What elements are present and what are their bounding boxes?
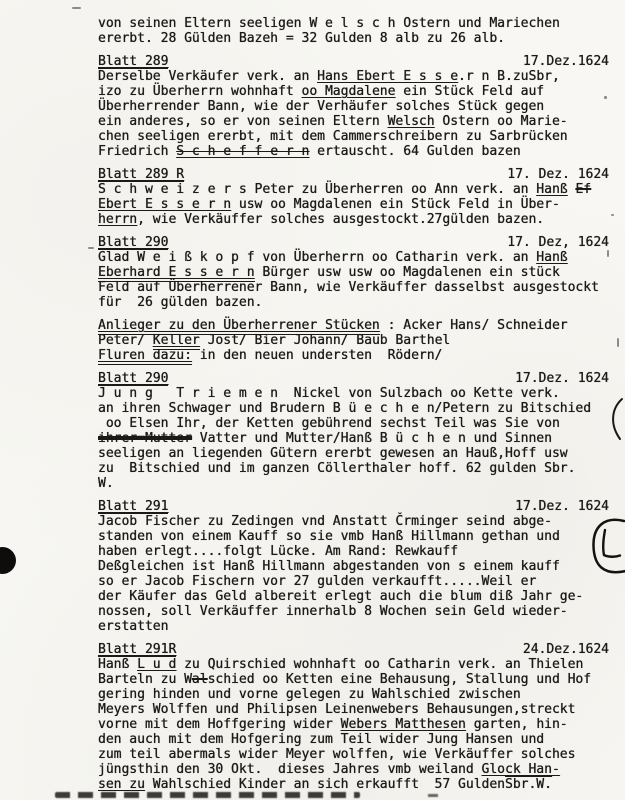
typed-segment: seeligen an liegenden Gütern ererbt gewe… xyxy=(98,446,568,461)
pencil-curve xyxy=(606,396,625,442)
typed-segment: Meyers Wolffen und Philipsen Leinenweber… xyxy=(98,702,575,717)
typed-segment: den auch mit dem Hofgering zum Teil wide… xyxy=(98,732,544,747)
typed-segment: J u n g T r i e m e n Nickel von Sulzbac… xyxy=(98,386,560,401)
blatt-label: Blatt 291 xyxy=(98,499,168,514)
typed-line: Derselbe Verkäufer verk. an Hans Ebert E… xyxy=(98,69,625,84)
entry-heading: Blatt 289 R17. Dez. 1624 xyxy=(98,167,625,182)
entry-date: 17. Dez. 1624 xyxy=(507,167,609,182)
typed-segment: Wahlschied Kinder an sich erkaufft 57 Gu… xyxy=(145,777,505,792)
typed-segment: Jacob Fischer zu Zedingen vnd Anstatt Čr… xyxy=(98,514,552,529)
blatt-label: Blatt 291R xyxy=(98,642,176,657)
typed-segment: chen seeligen ererbt, mit dem Cammerschr… xyxy=(98,129,568,144)
typed-segment-x: al xyxy=(192,672,208,687)
typed-segment-ux: S c h e f f e r n xyxy=(176,144,309,159)
typed-segment-u: L u d xyxy=(137,657,176,672)
typed-line: W. xyxy=(98,476,625,491)
typed-segment-u: Glock Han- xyxy=(482,762,560,777)
typed-line: Ebert E s s e r n usw oo Magdalenen ein … xyxy=(98,197,625,212)
typed-line: seeligen an liegenden Gütern ererbt gewe… xyxy=(98,446,625,461)
typed-segment: Hanß xyxy=(98,657,137,672)
typed-segment: .r n B.zuSbr, xyxy=(458,69,560,84)
blatt-label: Blatt 290 xyxy=(98,371,168,386)
typed-line: nossen, soll Verkäuffer innerhalb 8 Woch… xyxy=(98,604,625,619)
typed-line: erstatten xyxy=(98,619,625,634)
typed-line: an ihren Schwager und Brudern B ü e c h … xyxy=(98,401,625,416)
typed-segment: nossen, soll Verkäuffer innerhalb 8 Woch… xyxy=(98,604,568,619)
typed-segment: erstatten xyxy=(98,619,168,634)
typed-segment: Derselbe Verkäufer verk. an xyxy=(98,69,317,84)
typed-segment-u: Hanß xyxy=(536,182,567,197)
typed-line: von seinen Eltern seeligen W e l s c h O… xyxy=(98,16,625,31)
typed-line: haben erlegt....folgt Lücke. Am Rand: Re… xyxy=(98,544,625,559)
typed-segment-x: Ef xyxy=(575,182,591,197)
typed-line: Deßgleichen ist Hanß Hillmann abgestande… xyxy=(98,559,625,574)
scan-speck xyxy=(88,247,94,249)
record-entry: Blatt 289 R17. Dez. 1624S c h w e i z e … xyxy=(98,167,625,227)
typed-segment-xb: ihrer=Mutter xyxy=(98,431,192,446)
typed-line: Überherrender Bann, wie der Verhäufer so… xyxy=(98,99,625,114)
typed-line: zu Bitschied und im ganzen Cöllerthaler … xyxy=(98,461,625,476)
entry-date: 17.Dez.1624 xyxy=(523,54,609,69)
typed-segment-u: Hans Ebert E s s e xyxy=(317,69,458,84)
typed-line: oo Elsen Ihr, der Ketten gebührend sechs… xyxy=(98,416,625,431)
typed-segment: ertauscht. 64 Gulden bazen xyxy=(309,144,520,159)
typed-line: Friedrich S c h e f f e r n ertauscht. 6… xyxy=(98,144,625,159)
typed-line: standen von einem Kauff so sie vmb Hanß … xyxy=(98,529,625,544)
typed-segment: ein anderes, so er von seinen Eltern xyxy=(98,114,388,129)
typed-line: zum teil abermals wider Meyer wolffen, w… xyxy=(98,747,625,762)
typed-segment-u: Webers Matthesen xyxy=(341,717,466,732)
typed-line: Eberhard E s s e r n Bürger usw usw oo M… xyxy=(98,265,625,280)
entry-heading: Blatt 29117.Dez. 1624 xyxy=(98,499,625,514)
typed-segment-ol: Sbr.W. xyxy=(505,777,552,792)
typed-line: jüngsthin den 30 Okt. dieses Jahres vmb … xyxy=(98,762,625,777)
typed-segment: Friedrich xyxy=(98,144,176,159)
typed-segment: garten, hin- xyxy=(466,717,568,732)
typed-segment: , wie Verkäuffer solches ausgestockt.27g… xyxy=(137,212,544,227)
typed-segment: zum teil abermals wider Meyer wolffen, w… xyxy=(98,747,575,762)
typed-segment: Jost/ Bier Johann/ Baub Barthel xyxy=(200,333,450,348)
typed-line: izo zu Überherrn wohnhaft oo Magdalene e… xyxy=(98,84,625,99)
typed-segment: Ostern oo Marie- xyxy=(435,114,568,129)
typed-segment: jüngsthin den 30 Okt. dieses Jahres vmb … xyxy=(98,762,482,777)
record-entry: Blatt 29017.Dez. 1624J u n g T r i e m e… xyxy=(98,371,625,491)
typed-segment: zu Quirschied wohnhaft oo Catharin verk.… xyxy=(176,657,583,672)
typed-line: Fluren dazu: in den neuen understen Röde… xyxy=(98,348,625,363)
entry-heading: Blatt 28917.Dez.1624 xyxy=(98,54,625,69)
typed-segment: an ihren Schwager und Brudern B ü e c h … xyxy=(98,401,591,416)
entry-date: 17.Dez. 1624 xyxy=(515,371,609,386)
entry-date: 24.Dez.1624 xyxy=(523,642,609,657)
scan-speck xyxy=(617,338,619,347)
typed-segment: izo zu Überherrn wohnhaft xyxy=(98,84,302,99)
typed-line: Jacob Fischer zu Zedingen vnd Anstatt Čr… xyxy=(98,514,625,529)
typed-line: Meyers Wolffen und Philipsen Leinenweber… xyxy=(98,702,625,717)
typed-segment: Barteln zu W xyxy=(98,672,192,687)
typed-line: J u n g T r i e m e n Nickel von Sulzbac… xyxy=(98,386,625,401)
typed-segment: : Acker Hans/ Schneider xyxy=(380,318,568,333)
typed-segment: oo Elsen Ihr, der Ketten gebührend sechs… xyxy=(98,416,560,431)
scan-speck xyxy=(72,7,81,9)
typed-line: herrn, wie Verkäuffer solches ausgestock… xyxy=(98,212,625,227)
typed-line: Glad W e i ß k o p f von Überherrn oo Ca… xyxy=(98,250,625,265)
typed-segment-u: Hanß xyxy=(536,250,567,265)
typed-segment: für 26 gülden bazen. xyxy=(98,295,262,310)
typed-line: chen seeligen ererbt, mit dem Cammerschr… xyxy=(98,129,625,144)
typed-segment: so er Jacob Fischern vor 27 gulden verka… xyxy=(98,574,536,589)
typed-line: für 26 gülden bazen. xyxy=(98,295,625,310)
typed-segment: der Käufer das Geld albereit erlegt auch… xyxy=(98,589,583,604)
typed-segment: gering hinden und vorne gelegen zu Wahls… xyxy=(98,687,521,702)
scanned-document: { "page": { "kind": "typewritten archiva… xyxy=(0,0,625,800)
typed-segment-u: Ebert E s s e r n xyxy=(98,197,231,212)
record-entry: Blatt 29017. Dez, 1624Glad W e i ß k o p… xyxy=(98,235,625,310)
typed-line: der Käufer das Geld albereit erlegt auch… xyxy=(98,589,625,604)
typed-line: Peter/ Keller Jost/ Bier Johann/ Baub Ba… xyxy=(98,333,625,348)
document-page: von seinen Eltern seeligen W e l s c h O… xyxy=(0,0,625,800)
typed-line: vorne mit dem Hoffgering wider Webers Ma… xyxy=(98,717,625,732)
entry-heading: Blatt 29017. Dez, 1624 xyxy=(98,235,625,250)
paragraph: von seinen Eltern seeligen W e l s c h O… xyxy=(98,16,625,46)
typed-line: ein anderes, so er von seinen Eltern Wel… xyxy=(98,114,625,129)
typed-segment: Feld auf Überherrener Bann, wie Verkäuff… xyxy=(98,280,599,295)
typed-segment: in den neuen understen Rödern/ xyxy=(192,348,442,363)
circled-letter-mark xyxy=(588,514,625,580)
typed-line: ihrer=Mutter Vatter und Mutter/Hanß B ü … xyxy=(98,431,625,446)
record-entry: Blatt 28917.Dez.1624Derselbe Verkäufer v… xyxy=(98,54,625,159)
blatt-label: Blatt 289 xyxy=(98,54,168,69)
entry-date: 17.Dez. 1624 xyxy=(515,499,609,514)
entry-heading: Blatt 291R24.Dez.1624 xyxy=(98,642,625,657)
typed-line: gering hinden und vorne gelegen zu Wahls… xyxy=(98,687,625,702)
blatt-label: Blatt 290 xyxy=(98,235,168,250)
typed-segment: Vatter und Mutter/Hanß B ü c h e n und S… xyxy=(192,431,552,446)
blatt-label: Blatt 289 R xyxy=(98,167,184,182)
typed-segment: Bürger usw usw oo Magdalenen ein stück xyxy=(255,265,560,280)
typed-line: Barteln zu Walschied oo Ketten eine Beha… xyxy=(98,672,625,687)
typed-segment: schied oo Ketten eine Behausung, Stallun… xyxy=(208,672,592,687)
bottom-smudge xyxy=(55,792,360,798)
scan-speck xyxy=(611,214,614,216)
typed-segment: haben erlegt....folgt Lücke. Am Rand: Re… xyxy=(98,544,458,559)
typed-segment: S c h w e i z e r s Peter zu Überherren … xyxy=(98,182,536,197)
typed-segment: Peter/ xyxy=(98,333,153,348)
typed-segment-u2: Fluren dazu: xyxy=(98,348,192,365)
typed-segment-u: oo Magdalene xyxy=(302,84,396,99)
typed-segment: ererbt. 28 Gülden Bazeh = 32 Gulden 8 al… xyxy=(98,31,505,46)
typed-line: Feld auf Überherrener Bann, wie Verkäuff… xyxy=(98,280,625,295)
typed-line: Anlieger zu den Überherrener Stücken : A… xyxy=(98,318,625,333)
typed-segment: von seinen Eltern seeligen W e l s c h O… xyxy=(98,16,560,31)
typed-segment: Glad W e i ß k o p f von Überherrn oo Ca… xyxy=(98,250,536,265)
typed-segment: ein Stück Feld auf xyxy=(395,84,544,99)
typed-segment-u: herrn xyxy=(98,212,137,227)
entry-date: 17. Dez, 1624 xyxy=(507,235,609,250)
typed-line: S c h w e i z e r s Peter zu Überherren … xyxy=(98,182,625,197)
typed-segment: standen von einem Kauff so sie vmb Hanß … xyxy=(98,529,560,544)
typed-segment: Überherrender Bann, wie der Verhäufer so… xyxy=(98,99,544,114)
typed-segment: Deßgleichen ist Hanß Hillmann abgestande… xyxy=(98,559,560,574)
typed-segment: zu Bitschied und im ganzen Cöllerthaler … xyxy=(98,461,575,476)
typed-line: den auch mit dem Hofgering zum Teil wide… xyxy=(98,732,625,747)
record-entry: Blatt 29117.Dez. 1624Jacob Fischer zu Ze… xyxy=(98,499,625,634)
typed-segment-u: sen zu xyxy=(98,777,145,792)
scan-speck xyxy=(607,250,609,257)
bottom-smudge-dot xyxy=(428,794,438,797)
paragraph: Anlieger zu den Überherrener Stücken : A… xyxy=(98,318,625,363)
typed-line: Hanß L u d zu Quirschied wohnhaft oo Cat… xyxy=(98,657,625,672)
record-entry: Blatt 291R24.Dez.1624Hanß L u d zu Quirs… xyxy=(98,642,625,792)
entry-heading: Blatt 29017.Dez. 1624 xyxy=(98,371,625,386)
typed-segment: vorne mit dem Hoffgering wider xyxy=(98,717,341,732)
typed-line: sen zu Wahlschied Kinder an sich erkauff… xyxy=(98,777,625,792)
typed-segment-u: Welsch xyxy=(388,114,435,129)
scan-speck xyxy=(604,96,607,99)
typed-line: ererbt. 28 Gülden Bazeh = 32 Gulden 8 al… xyxy=(98,31,625,46)
typed-segment: usw oo Magdalenen ein Stück Feld in Über… xyxy=(231,197,560,212)
typed-line: so er Jacob Fischern vor 27 gulden verka… xyxy=(98,574,625,589)
typed-segment: W. xyxy=(98,476,114,491)
